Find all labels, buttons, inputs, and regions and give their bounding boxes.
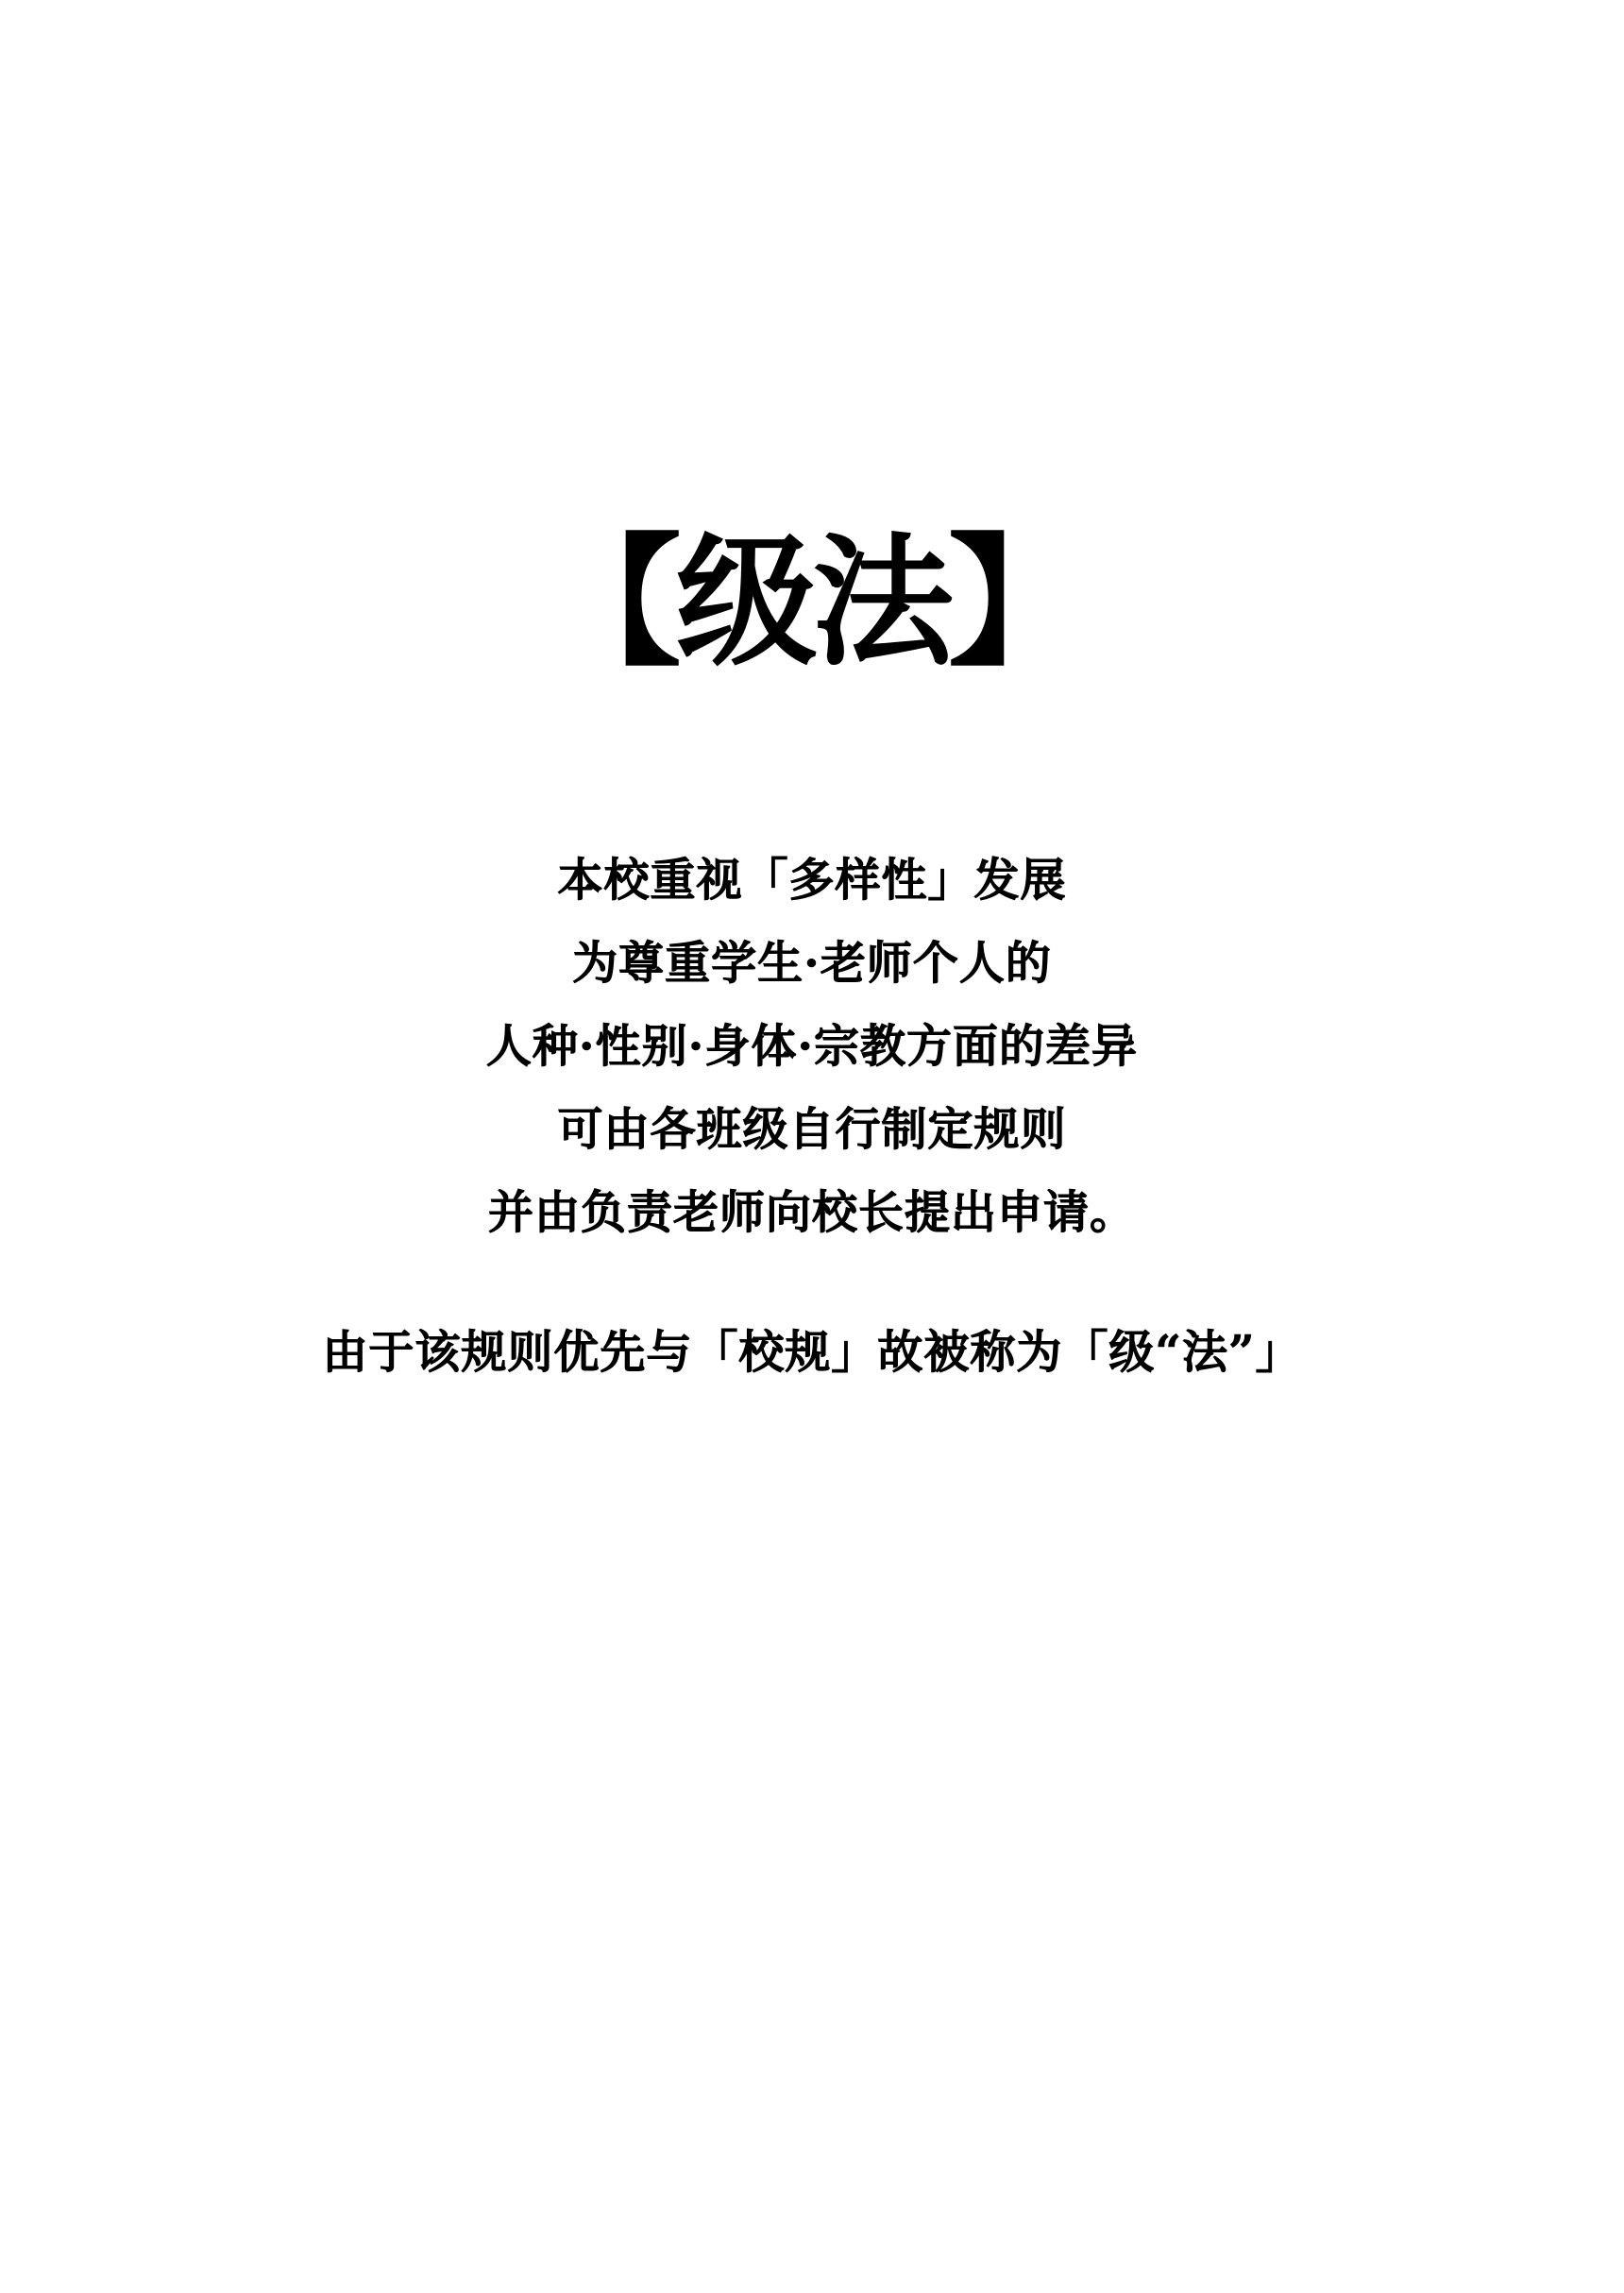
closing-line: 由于该规则优先与「校规」故被称为「级“法”」 [0,1324,1624,1381]
page-title: 【级法】 [0,525,1624,680]
body-text-block: 本校重视「多样性」发展 为尊重学生·老师个人的 人种·性别·身体·宗教方面的差异… [0,852,1624,1267]
body-line: 人种·性别·身体·宗教方面的差异 [0,1018,1624,1075]
body-line: 并由负责老师向校长提出申请。 [0,1184,1624,1241]
body-line: 为尊重学生·老师个人的 [0,935,1624,992]
body-line: 本校重视「多样性」发展 [0,852,1624,909]
document-page: 【级法】 本校重视「多样性」发展 为尊重学生·老师个人的 人种·性别·身体·宗教… [0,0,1624,2293]
body-line: 可由各班级自行制定规则 [0,1101,1624,1158]
